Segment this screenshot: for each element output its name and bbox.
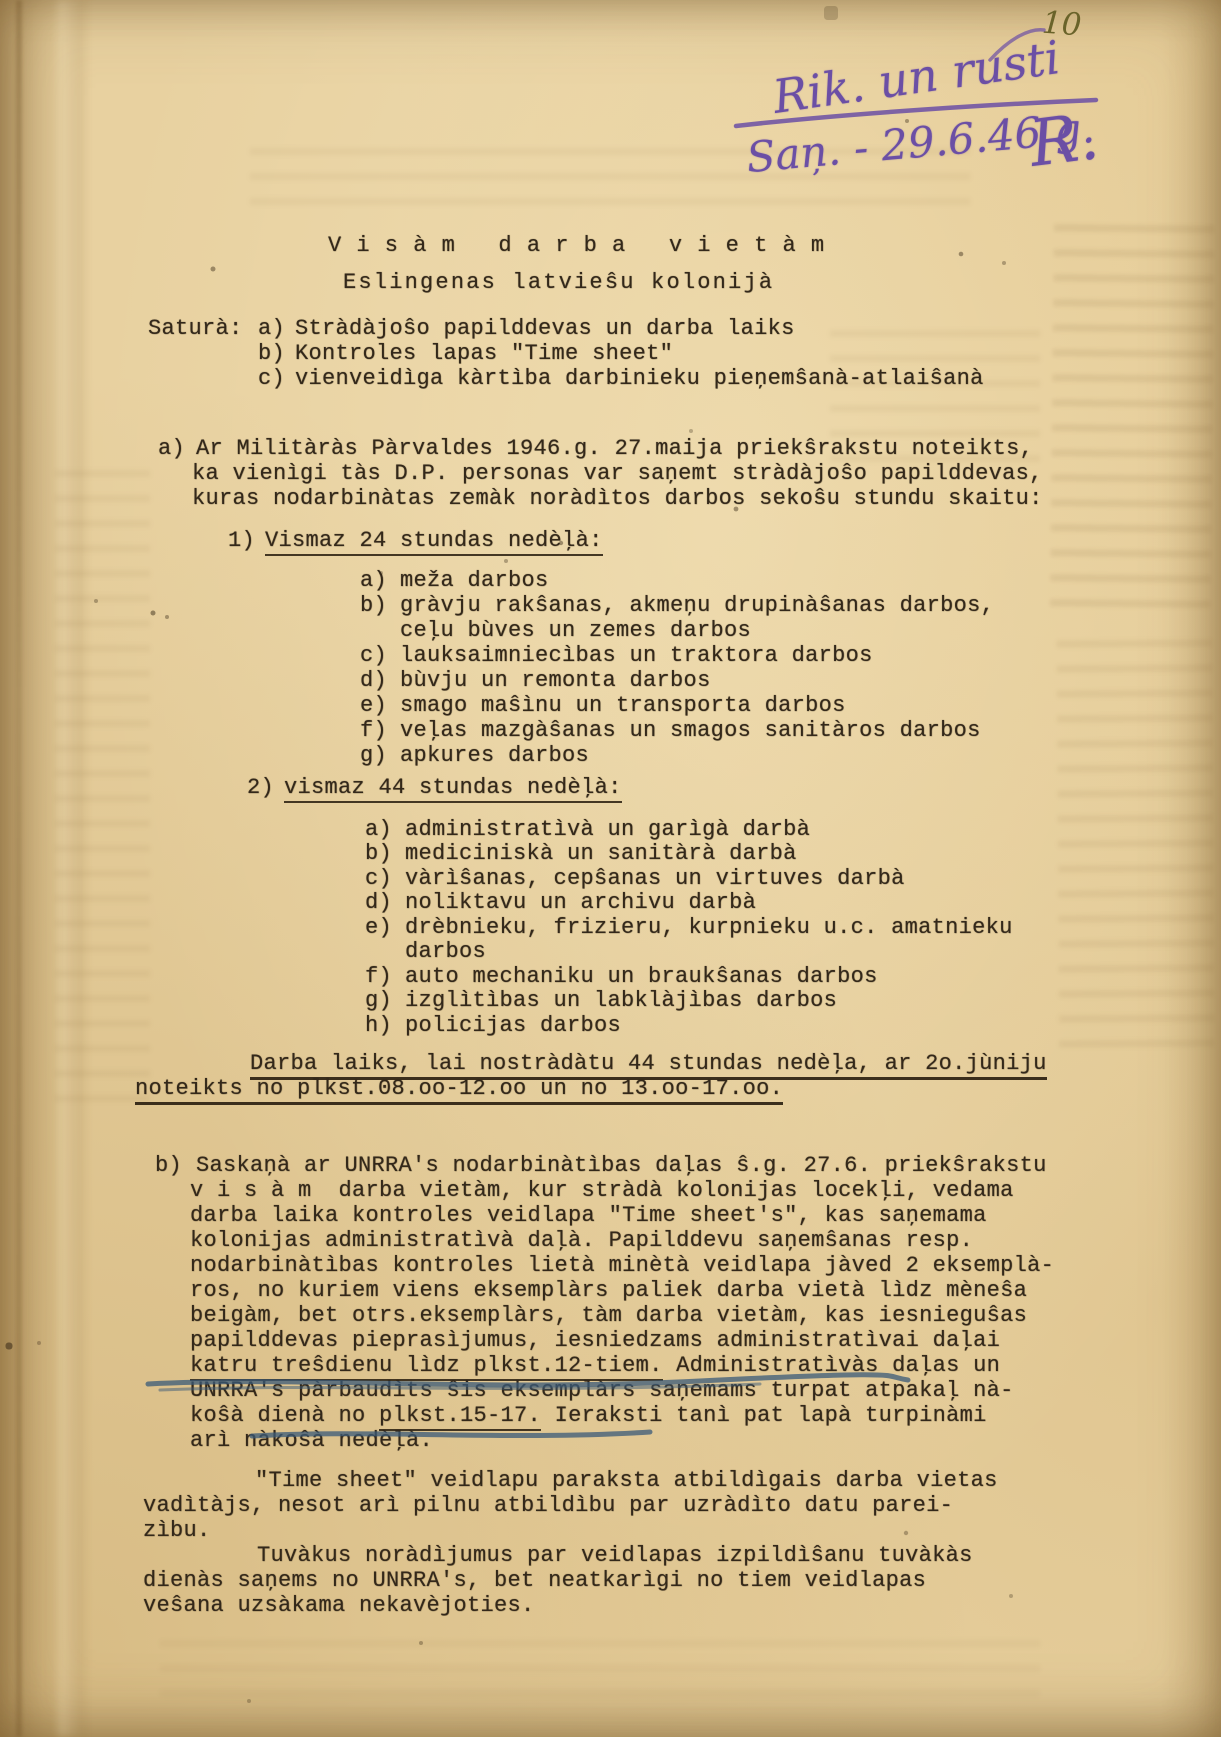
list-item: g)apkures darbos (360, 743, 589, 768)
item-marker: b) (258, 341, 285, 366)
list-item-marker: f) (365, 964, 392, 989)
work-hours-notice-line-1: Darba laiks, lai nostràdàtu 44 stundas n… (250, 1051, 1047, 1076)
list-item-wrap: darbos (405, 939, 486, 964)
list-item-text: bùvju un remonta darbos (400, 668, 711, 693)
list-item-text: auto mechaniku un braukŝanas darbos (405, 964, 878, 989)
section-b-marker: b) (155, 1153, 182, 1178)
section-b-line: papilddevas pieprasìjumus, iesniedzams a… (190, 1328, 1000, 1353)
list-item-marker: g) (360, 743, 387, 768)
list-item-marker: e) (360, 693, 387, 718)
signature-paragraph-line: vadìtàjs, nesot arì pilnu atbildìbu par … (143, 1493, 953, 1518)
list-1-marker: 1) (228, 528, 255, 553)
contents-label: Saturà: (148, 316, 243, 341)
list-item-marker: g) (365, 988, 392, 1013)
closing-paragraph-line: dienàs saņems no UNRRA's, bet neatkarìgi… (143, 1568, 926, 1593)
item-text: Kontroles lapas "Time sheet" (295, 341, 673, 366)
section-a-line: Ar Militàràs Pàrvaldes 1946.g. 27.maija … (196, 436, 1033, 461)
list-item-text: drèbnieku, frizieru, kurpnieku u.c. amat… (405, 915, 1013, 940)
list-2-marker: 2) (247, 775, 274, 800)
line-text: Administratìvàs daļas un (663, 1353, 1001, 1378)
list-item: d)noliktavu un archivu darbà (365, 890, 756, 915)
list-item: h)policijas darbos (365, 1013, 621, 1038)
handwritten-annotation-initial: R. (1026, 100, 1103, 182)
list-item: g)izglìtìbas un labklàjìbas darbos (365, 988, 837, 1013)
list-item: c)vàrìŝanas, cepŝanas un virtuves darbà (365, 866, 905, 891)
list-item-marker: b) (365, 841, 392, 866)
line-text: Ieraksti tanì pat lapà turpinàmi (541, 1403, 987, 1428)
section-a-line: kuras nodarbinàtas zemàk noràdìtos darbo… (192, 486, 1043, 511)
closing-paragraph-line: veŝana uzsàkama nekavèjoties. (143, 1593, 535, 1618)
list-item: a)administratìvà un garìgà darbà (365, 817, 810, 842)
list-item-text: policijas darbos (405, 1013, 621, 1038)
list-item-text: lauksaimniecìbas un traktora darbos (400, 643, 873, 668)
contents-item-c: c)vienveidìga kàrtìba darbinieku pieņemŝ… (258, 366, 984, 391)
list-item-text: gràvju rakŝanas, akmeņu drupinàŝanas dar… (400, 593, 994, 618)
list-1-heading: Vismaz 24 stundas nedèļà: (265, 528, 603, 556)
list-item-marker: b) (360, 593, 387, 618)
underlined-text: katru treŝdienu lìdz plkst.12-tiem. (190, 1353, 663, 1381)
paper-crease (16, 0, 22, 1737)
scanned-document-page: Rik. un rusti Saņ. - 29.6.46 g. R. 10 V … (0, 0, 1221, 1737)
document-title: V i s à m d a r b a v i e t à m (328, 233, 825, 258)
section-b-line-pickup: koŝà dienà no plkst.15-17. Ieraksti tanì… (190, 1403, 987, 1428)
list-item: b)gràvju rakŝanas, akmeņu drupinàŝanas d… (360, 593, 994, 618)
list-item-text: administratìvà un garìgà darbà (405, 817, 810, 842)
list-item-marker: a) (365, 817, 392, 842)
ink-bleedthrough (55, 470, 150, 1110)
ink-bleedthrough (1050, 224, 1214, 616)
list-item: c)lauksaimniecìbas un traktora darbos (360, 643, 873, 668)
list-item: f)auto mechaniku un braukŝanas darbos (365, 964, 878, 989)
list-item-text: apkures darbos (400, 743, 589, 768)
list-item-text: smago maŝìnu un transporta darbos (400, 693, 846, 718)
item-text: vienveidìga kàrtìba darbinieku pieņemŝan… (295, 366, 984, 391)
list-item: a)meža darbos (360, 568, 549, 593)
list-item-text: mediciniskà un sanitàrà darbà (405, 841, 797, 866)
item-text: Stràdàjoŝo papilddevas un darba laiks (295, 316, 795, 341)
section-a-marker: a) (158, 436, 185, 461)
list-item: b)mediciniskà un sanitàrà darbà (365, 841, 797, 866)
list-2-heading: vismaz 44 stundas nedèļà: (284, 775, 622, 803)
list-item-marker: d) (360, 668, 387, 693)
signature-paragraph-line: "Time sheet" veidlapu paraksta atbildìga… (255, 1468, 998, 1493)
document-subtitle: Eslingenas latvieŝu kolonijà (343, 270, 774, 295)
page-number: 10 (1041, 5, 1083, 44)
list-item-text: vàrìŝanas, cepŝanas un virtuves darbà (405, 866, 905, 891)
list-item-text: noliktavu un archivu darbà (405, 890, 756, 915)
list-item: e)smago maŝìnu un transporta darbos (360, 693, 846, 718)
contents-item-a: a)Stràdàjoŝo papilddevas un darba laiks (258, 316, 795, 341)
underlined-text: noteikts no plkst.08.oo-12.oo un no 13.o… (135, 1076, 783, 1105)
section-a-line: ka vienìgi tàs D.P. personas var saņemt … (192, 461, 1043, 486)
list-item-marker: h) (365, 1013, 392, 1038)
ink-bleedthrough (160, 1640, 1040, 1710)
section-b-line: kolonijas administratìvà daļà. Papilddev… (190, 1228, 973, 1253)
list-item: e)drèbnieku, frizieru, kurpnieku u.c. am… (365, 915, 1013, 940)
list-item-marker: c) (365, 866, 392, 891)
section-b-line: darba laika kontroles veidlapa "Time she… (190, 1203, 987, 1228)
contents-item-b: b)Kontroles lapas "Time sheet" (258, 341, 673, 366)
item-marker: c) (258, 366, 285, 391)
ink-bleedthrough (1057, 639, 1215, 1060)
section-b-line: ros, no kuriem viens eksemplàrs paliek d… (190, 1278, 1027, 1303)
list-item-text: meža darbos (400, 568, 549, 593)
closing-paragraph-line: Tuvàkus noràdìjumus par veidlapas izpild… (257, 1543, 973, 1568)
item-marker: a) (258, 316, 285, 341)
list-item-marker: d) (365, 890, 392, 915)
underlined-text: plkst.15-17. (379, 1403, 541, 1431)
list-2-heading-row: 2)vismaz 44 stundas nedèļà: (247, 775, 622, 800)
list-item: d)bùvju un remonta darbos (360, 668, 711, 693)
paper-specks (0, 0, 2, 2)
signature-paragraph-line: zìbu. (143, 1518, 211, 1543)
section-b-line-deadline: katru treŝdienu lìdz plkst.12-tiem. Admi… (190, 1353, 1000, 1378)
section-b-line: beigàm, bet otrs.eksemplàrs, tàm darba v… (190, 1303, 1027, 1328)
list-item-marker: c) (360, 643, 387, 668)
section-b-line: nodarbinàtìbas kontroles lietà minètà ve… (190, 1253, 1054, 1278)
section-b-line: Saskaņà ar UNRRA's nodarbinàtìbas daļas … (196, 1153, 1047, 1178)
section-b-line: arì nàkoŝà nedèļà. (190, 1428, 433, 1453)
list-item-wrap: ceļu bùves un zemes darbos (400, 618, 751, 643)
line-text: koŝà dienà no (190, 1403, 379, 1428)
list-item: f)veļas mazgàŝanas un smagos sanitàros d… (360, 718, 981, 743)
list-item-text: izglìtìbas un labklàjìbas darbos (405, 988, 837, 1013)
list-item-marker: e) (365, 915, 392, 940)
list-item-text: veļas mazgàŝanas un smagos sanitàros dar… (400, 718, 981, 743)
list-item-marker: f) (360, 718, 387, 743)
list-1-heading-row: 1)Vismaz 24 stundas nedèļà: (228, 528, 603, 553)
section-b-line: v i s à m darba vietàm, kur stràdà kolon… (190, 1178, 1014, 1203)
section-b-line: UNRRA's pàrbaudìts ŝis eksemplàrs saņema… (190, 1378, 1014, 1403)
list-item-marker: a) (360, 568, 387, 593)
work-hours-notice-line-2: noteikts no plkst.08.oo-12.oo un no 13.o… (135, 1076, 783, 1101)
